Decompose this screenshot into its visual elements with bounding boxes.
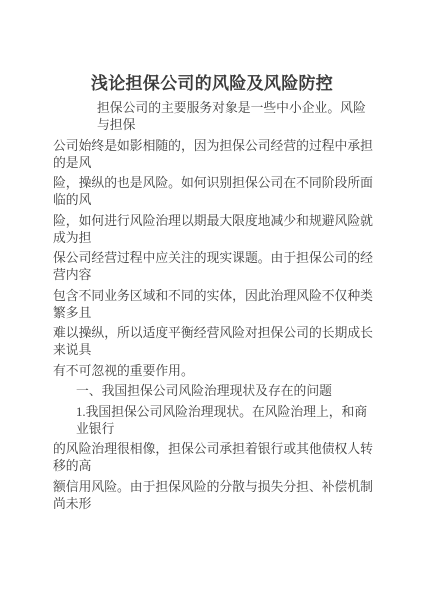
paragraph: 险，操纵的也是风险。如何识别担保公司在不同阶段所面 临的风 <box>53 175 371 209</box>
text-line: 与担保 <box>97 117 371 134</box>
text-line: 业银行 <box>76 421 371 438</box>
text-line: 公司始终是如影相随的，因为担保公司经营的过程中承担 <box>53 138 371 155</box>
document-page: 浅论担保公司的风险及风险防控 担保公司的主要服务对象是一些中小企业。风险 与担保… <box>0 0 423 600</box>
text-line: 有不可忽视的重要作用。 <box>53 363 371 380</box>
text-line: 险，操纵的也是风险。如何识别担保公司在不同阶段所面 <box>53 175 371 192</box>
text-line: 的风险治理很相像，担保公司承担着银行或其他债权人转 <box>53 441 371 458</box>
document-title: 浅论担保公司的风险及风险防控 <box>53 73 371 95</box>
paragraph: 保公司经营过程中应关注的现实课题。由于担保公司的经 营内容 <box>53 250 371 284</box>
text-line: 尚未形 <box>53 496 371 513</box>
text-line: 担保公司的主要服务对象是一些中小企业。风险 <box>97 100 371 117</box>
text-line: 营内容 <box>53 267 371 284</box>
text-line: 一、我国担保公司风险治理现状及存在的问题 <box>76 383 371 400</box>
text-line: 难以操纵，所以适度平衡经营风险对担保公司的长期成长 <box>53 325 371 342</box>
paragraph: 担保公司的主要服务对象是一些中小企业。风险 与担保 <box>97 100 371 134</box>
text-line: 临的风 <box>53 192 371 209</box>
paragraph: 包含不同业务区域和不同的实体，因此治理风险不仅种类 繁多且 <box>53 288 371 322</box>
text-line: 来说具 <box>53 342 371 359</box>
paragraph: 有不可忽视的重要作用。 <box>53 363 371 380</box>
paragraph: 难以操纵，所以适度平衡经营风险对担保公司的长期成长 来说具 <box>53 325 371 359</box>
text-line: 成为担 <box>53 230 371 247</box>
text-line: 险，如何进行风险治理以期最大限度地减少和规避风险就 <box>53 213 371 230</box>
section-heading: 一、我国担保公司风险治理现状及存在的问题 <box>76 383 371 400</box>
text-line: 包含不同业务区域和不同的实体，因此治理风险不仅种类 <box>53 288 371 305</box>
text-line: 繁多且 <box>53 305 371 322</box>
paragraph: 险，如何进行风险治理以期最大限度地减少和规避风险就 成为担 <box>53 213 371 247</box>
paragraph: 1.我国担保公司风险治理现状。在风险治理上，和商 业银行 <box>76 404 371 438</box>
paragraph: 额信用风险。由于担保风险的分散与损失分担、补偿机制 尚未形 <box>53 479 371 513</box>
text-line: 1.我国担保公司风险治理现状。在风险治理上，和商 <box>76 404 371 421</box>
text-line: 额信用风险。由于担保风险的分散与损失分担、补偿机制 <box>53 479 371 496</box>
text-line: 移的高 <box>53 458 371 475</box>
paragraph: 的风险治理很相像，担保公司承担着银行或其他债权人转 移的高 <box>53 441 371 475</box>
text-line: 保公司经营过程中应关注的现实课题。由于担保公司的经 <box>53 250 371 267</box>
paragraph: 公司始终是如影相随的，因为担保公司经营的过程中承担 的是风 <box>53 138 371 172</box>
text-line: 的是风 <box>53 155 371 172</box>
